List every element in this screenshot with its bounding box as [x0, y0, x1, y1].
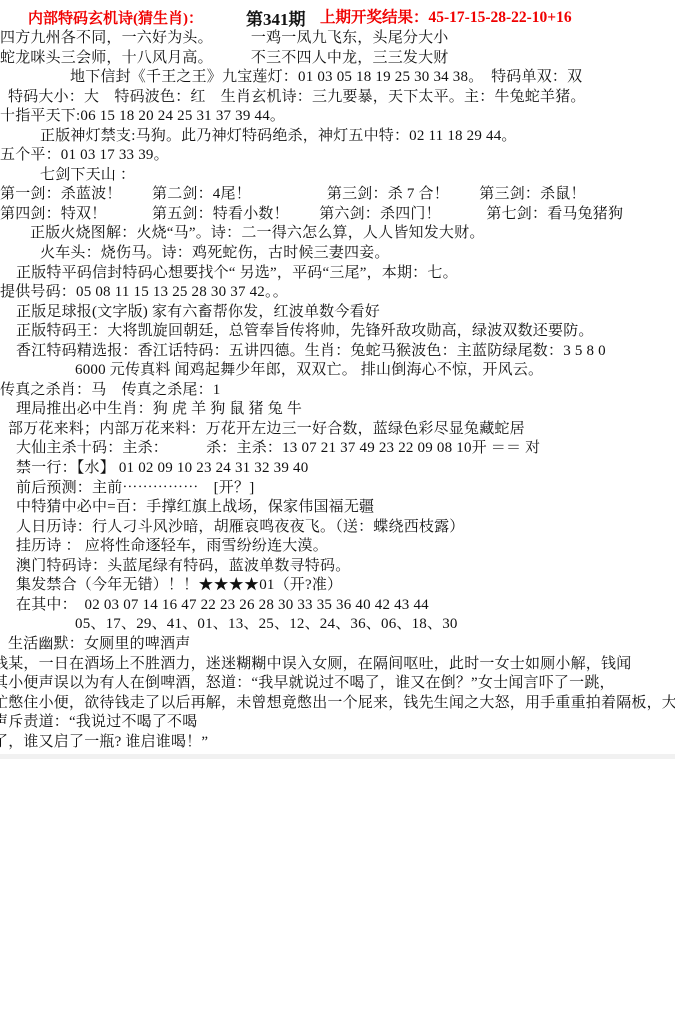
humor-line-1: 钱某，一日在酒场上不胜酒力，迷迷糊糊中误入女厕，在隔间呕吐，此时一女士如厕小解，…: [0, 655, 675, 675]
flag-line: 中特猜中必中=百：手撑红旗上战场，保家伟国福无疆: [16, 498, 675, 518]
ten-fingers-line: 十指平天下:06 15 18 20 24 25 31 37 39 44。: [0, 107, 675, 127]
lamp-line: 正版神灯禁支:马狗。此乃神灯特码绝杀，神灯五中特：02 11 18 29 44。: [40, 127, 675, 147]
scan-artifact-band: [0, 754, 675, 759]
fire-diagram-line: 正版火烧图解：火烧“马”。诗：二一得六怎么算，人人皆知发大财。: [30, 224, 675, 244]
wanhua-line: 部万花来料；内部万花来料：万花开左边三一好合数，蓝绿色彩尽显兔藏蛇居: [8, 420, 675, 440]
humor-line-4: 声斥责道：“我说过不喝了不喝: [0, 713, 675, 733]
sheet-header: 内部特码玄机诗(猜生肖)： 第341期 上期开奖结果：45-17-15-28-2…: [0, 0, 675, 28]
humor-line-2: 其小便声误以为有人在倒啤酒，怒道：“我早就说过不喝了，谁又在倒？”女士闻言吓了一…: [0, 674, 675, 694]
bureau-zodiac-line: 理局推出必中生肖：狗 虎 羊 狗 鼠 猪 兔 牛: [16, 400, 675, 420]
forecast-line: 前后预测：主前⋯⋯⋯⋯⋯ [开？]: [16, 479, 675, 499]
sheet-body: 四方九州各不同，一六好为头。 一鸡一凤九飞东，头尾分大小蛇龙咪头三会师，十八风月…: [0, 28, 675, 752]
xiangjiang-line: 香江特码精选报：香江话特码：五讲四德。生肖：兔蛇马猴波色：主蓝防绿尾数：3 5 …: [16, 342, 675, 362]
poem-line-1: 四方九州各不同，一六好为头。 一鸡一凤九飞东，头尾分大小: [0, 29, 675, 49]
among-them-line: 在其中： 02 03 07 14 16 47 22 23 26 28 30 33…: [16, 596, 675, 616]
wall-calendar-line: 挂历诗 ： 应将性命逐轻车，雨雪纷纷连大漠。: [16, 537, 675, 557]
macau-poem-line: 澳门特码诗：头蓝尾绿有特码，蓝波单数寻特码。: [16, 557, 675, 577]
fax-kill-line: 传真之杀肖：马 传真之杀尾：1: [0, 381, 675, 401]
humor-title: 生活幽默：女厕里的啤酒声: [8, 635, 675, 655]
calendar-poem-line: 人日历诗：行人刁斗风沙暗，胡雁哀鸣夜夜飞。（送：蝶绕西枝露）: [16, 518, 675, 538]
swords-row-2: 第四剑：特双！ 第五剑：特看小数！ 第六剑：杀四门！ 第七剑：看马兔猪狗: [0, 205, 675, 225]
humor-line-5: 了，谁又启了一瓶? 谁启谁喝！”: [0, 733, 675, 753]
issue-number: 第341期: [246, 5, 306, 30]
poem-line-2: 蛇龙咪头三会师，十八风月高。 不三不四人中龙，三三发大财: [0, 49, 675, 69]
header-theme-title: 内部特码玄机诗(猜生肖)：: [28, 7, 203, 28]
humor-line-3: 忙憋住小便，欲待钱走了以后再解，未曾想竟憋出一个屁来，钱先生闻之大怒，用手重重拍…: [0, 694, 675, 714]
lottery-sheet-page: 内部特码玄机诗(猜生肖)： 第341期 上期开奖结果：45-17-15-28-2…: [0, 0, 675, 1036]
last-draw-result: 上期开奖结果：45-17-15-28-22-10+16: [320, 5, 572, 27]
envelope-line: 地下信封《千王之王》九宝莲灯：01 03 05 18 19 25 30 34 3…: [70, 68, 675, 88]
forbidden-row-line: 禁一行：【水】 01 02 09 10 23 24 31 32 39 40: [16, 459, 675, 479]
swords-row-1: 第一剑：杀蓝波！ 第二剑：4尾！ 第三剑：杀 7 合！ 第三剑：杀鼠！: [0, 185, 675, 205]
code-king-line: 正版特码王：大将凯旋回朝廷，总管奉旨传将帅，先锋歼敌攻勋高，绿波双数还要防。: [16, 322, 675, 342]
immortal-kill-line: 大仙主杀十码：主杀： 杀：主杀：13 07 21 37 49 23 22 09 …: [16, 439, 675, 459]
provided-numbers-line: 提供号码：05 08 11 15 13 25 28 30 37 42。。: [0, 283, 675, 303]
size-wave-line: 特码大小：大 特码波色：红 生肖玄机诗：三九要暴，天下太平。主：牛兔蛇羊猪。: [8, 88, 675, 108]
five-flat-line: 五个平：01 03 17 33 39。: [0, 146, 675, 166]
jifa-ban-line: 集发禁合（今年无错）！！★★★★01（开?准）: [16, 576, 675, 596]
seven-swords-title: 七剑下天山 ：: [40, 166, 675, 186]
among-them-line-2: 05、17、29、41、01、13、25、12、24、36、06、18、30: [75, 615, 675, 635]
train-head-line: 火车头：烧伤马。诗：鸡死蛇伤，古时候三妻四妾。: [40, 244, 675, 264]
fax-6000-line: 6000 元传真料 闻鸡起舞少年郎，双双亡。 排山倒海心不惊，开风云。: [75, 361, 675, 381]
flat-code-line: 正版特平码信封特码心想要找个“ 另选”，平码“三尾”，本期：七。: [16, 264, 675, 284]
football-paper-line: 正版足球报(文字版) 家有六畜帮你发，红波单数今看好: [16, 303, 675, 323]
